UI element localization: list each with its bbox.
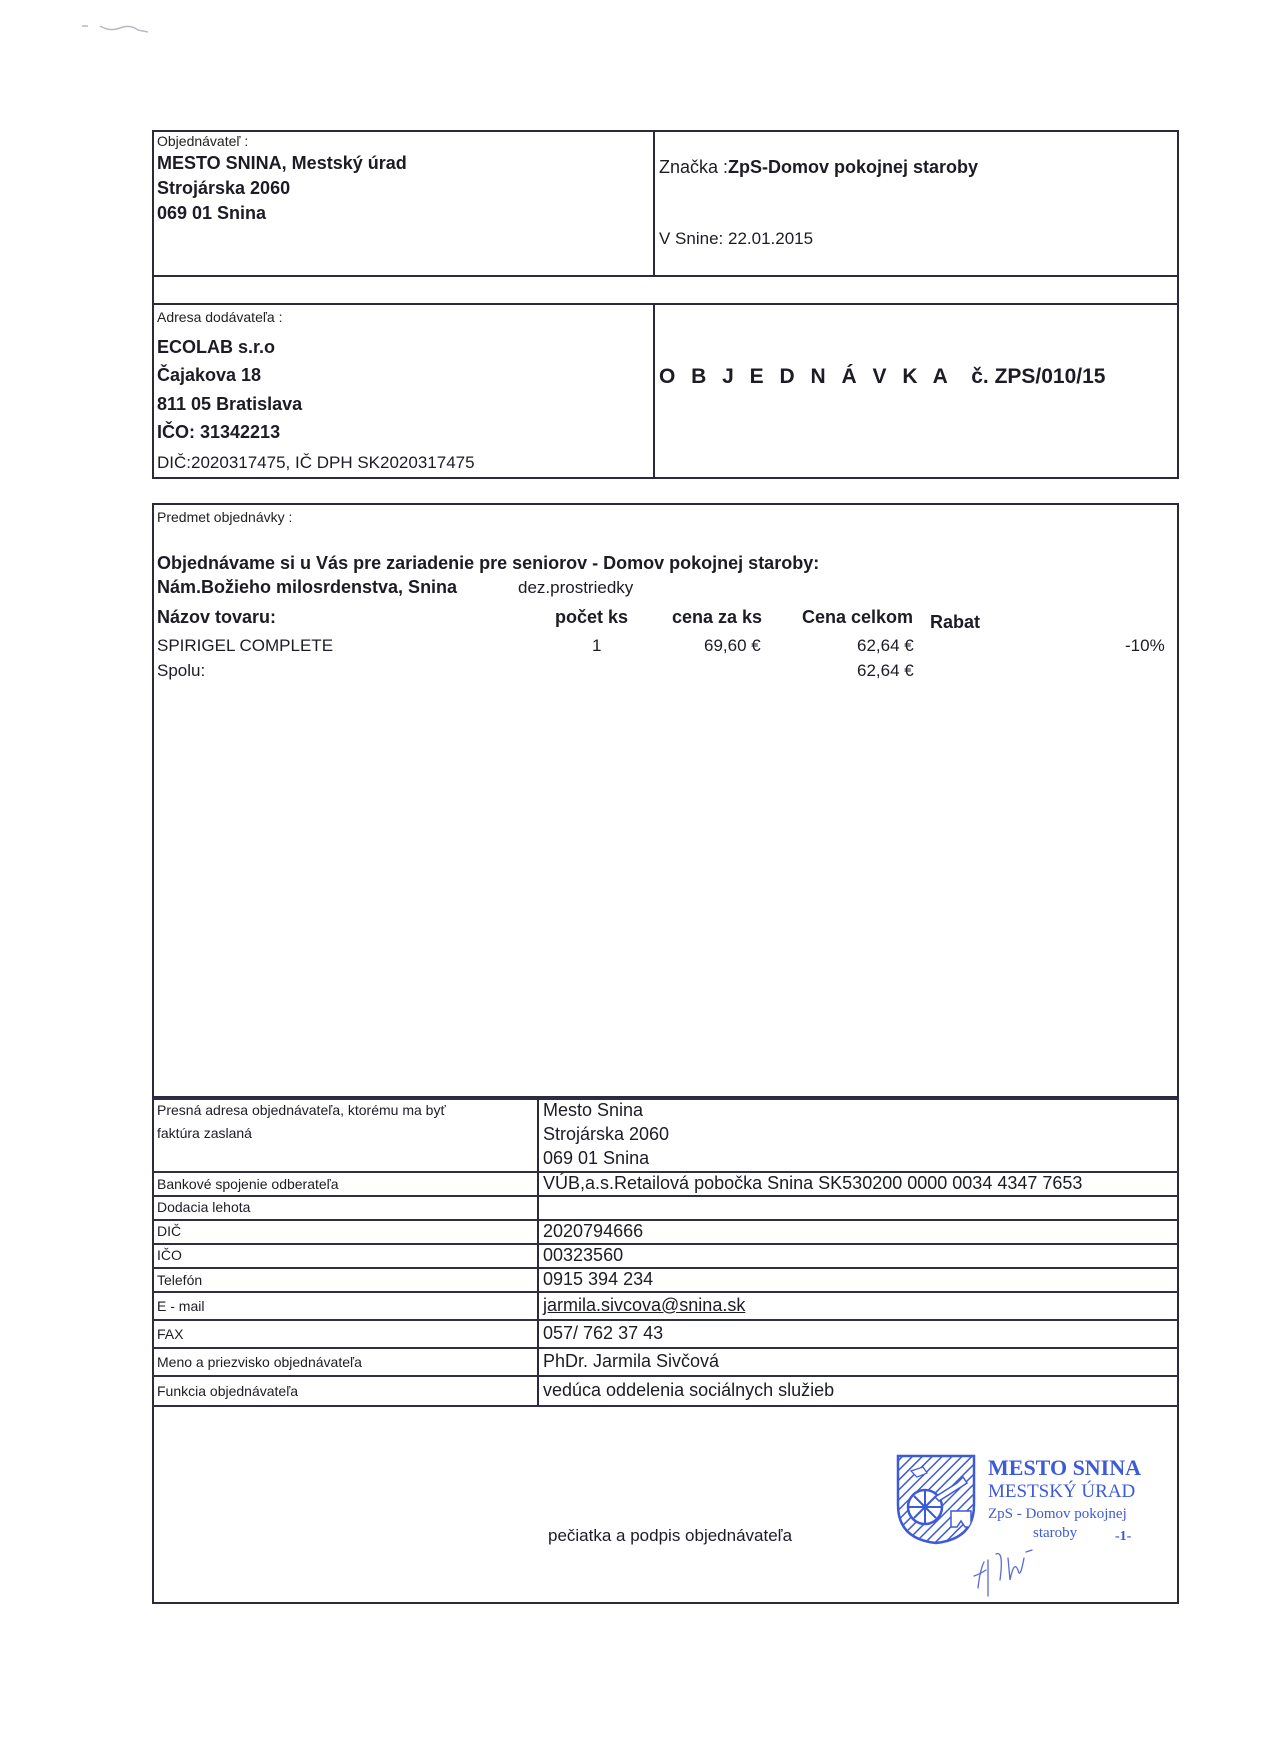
col-header-total: Cena celkom: [802, 607, 913, 628]
orderer-divider: [653, 130, 655, 277]
bank-label: Bankové spojenie odberateľa: [157, 1176, 339, 1192]
coat-of-arms-icon: [895, 1453, 977, 1545]
col-header-name: Názov tovaru:: [157, 607, 276, 628]
col-header-discount: Rabat: [930, 612, 980, 633]
stamp-line-1: MESTO SNINA: [988, 1455, 1141, 1481]
col-header-unit-price: cena za ks: [672, 607, 762, 628]
phone-label: Telefón: [157, 1272, 202, 1288]
invoice-address-label-2: faktúra zaslaná: [157, 1125, 252, 1141]
col-header-qty: počet ks: [555, 607, 628, 628]
item-total: 62,64 €: [857, 636, 914, 656]
fax-value: 057/ 762 37 43: [543, 1323, 663, 1344]
email-label: E - mail: [157, 1298, 204, 1314]
item-name: SPIRIGEL COMPLETE: [157, 636, 333, 656]
row-line: [152, 1375, 1179, 1377]
row-line: [152, 1243, 1179, 1245]
supplier-name: ECOLAB s.r.o: [157, 337, 275, 358]
row-line: [152, 1347, 1179, 1349]
supplier-dic: DIČ:2020317475, IČ DPH SK2020317475: [157, 453, 475, 473]
invoice-address-label-1: Presná adresa objednávateľa, ktorému ma …: [157, 1102, 446, 1118]
reference-value: ZpS-Domov pokojnej staroby: [728, 157, 978, 177]
email-link[interactable]: jarmila.sivcova@snina.sk: [543, 1295, 745, 1316]
row-line: [152, 1319, 1179, 1321]
supplier-label: Adresa dodávateľa :: [157, 309, 283, 325]
contact-function-label: Funkcia objednávateľa: [157, 1383, 298, 1399]
stamp-line-3: ZpS - Domov pokojnej: [988, 1506, 1127, 1523]
details-top-line: [152, 1098, 1179, 1100]
contact-name-label: Meno a priezvisko objednávateľa: [157, 1354, 362, 1370]
contact-function-value: vedúca oddelenia sociálnych služieb: [543, 1380, 834, 1401]
invoice-address-line-2: Strojárska 2060: [543, 1124, 669, 1145]
row-line: [152, 1291, 1179, 1293]
spacer-strip: [152, 275, 1179, 305]
ico-label: IČO: [157, 1247, 182, 1263]
supplier-city: 811 05 Bratislava: [157, 394, 302, 415]
subject-address: Nám.Božieho milosrdenstva, Snina: [157, 577, 457, 598]
contact-name-value: PhDr. Jarmila Sivčová: [543, 1351, 719, 1372]
orderer-street: Strojárska 2060: [157, 178, 290, 199]
details-divider: [537, 1098, 539, 1407]
orderer-name: MESTO SNINA, Mestský úrad: [157, 153, 407, 174]
item-qty: 1: [592, 636, 601, 656]
subject-category: dez.prostriedky: [518, 578, 633, 598]
supplier-ico: IČO: 31342213: [157, 422, 280, 443]
stamp-line-2: MESTSKÝ ÚRAD: [988, 1481, 1135, 1503]
dic-value: 2020794666: [543, 1221, 643, 1242]
supplier-divider: [653, 303, 655, 479]
bank-value: VÚB,a.s.Retailová pobočka Snina SK530200…: [543, 1173, 1082, 1194]
supplier-street: Čajakova 18: [157, 365, 261, 386]
invoice-address-line-3: 069 01 Snina: [543, 1148, 649, 1169]
place-date: V Snine: 22.01.2015: [659, 229, 813, 249]
reference-label: Značka :: [659, 157, 728, 177]
row-line: [152, 1267, 1179, 1269]
phone-value: 0915 394 234: [543, 1269, 653, 1290]
row-line: [152, 1405, 1179, 1407]
dic-label: DIČ: [157, 1223, 181, 1239]
item-unit-price: 69,60 €: [704, 636, 761, 656]
signature-label: pečiatka a podpis objednávateľa: [548, 1526, 792, 1546]
orderer-label: Objednávateľ :: [157, 133, 248, 149]
row-line: [152, 1195, 1179, 1197]
order-number: č. ZPS/010/15: [971, 365, 1105, 388]
invoice-address-line-1: Mesto Snina: [543, 1100, 643, 1121]
subject-intro: Objednávame si u Vás pre zariadenie pre …: [157, 553, 819, 574]
reference-line: Značka :ZpS-Domov pokojnej staroby: [659, 157, 978, 178]
ico-value: 00323560: [543, 1245, 623, 1266]
fax-label: FAX: [157, 1326, 183, 1342]
delivery-label: Dodacia lehota: [157, 1199, 250, 1215]
order-heading: O B J E D N Á V K A č. ZPS/010/15: [659, 365, 1105, 389]
subject-label: Predmet objednávky :: [157, 509, 292, 525]
scan-artifact: [80, 18, 160, 42]
row-line: [152, 1219, 1179, 1221]
sum-value: 62,64 €: [857, 661, 914, 681]
stamp-page-number: -1-: [1115, 1529, 1131, 1545]
handwritten-signature: [970, 1540, 1050, 1600]
item-discount: -10%: [1125, 636, 1165, 656]
order-title: O B J E D N Á V K A: [659, 365, 953, 388]
sum-label: Spolu:: [157, 661, 205, 681]
orderer-city: 069 01 Snina: [157, 203, 266, 224]
